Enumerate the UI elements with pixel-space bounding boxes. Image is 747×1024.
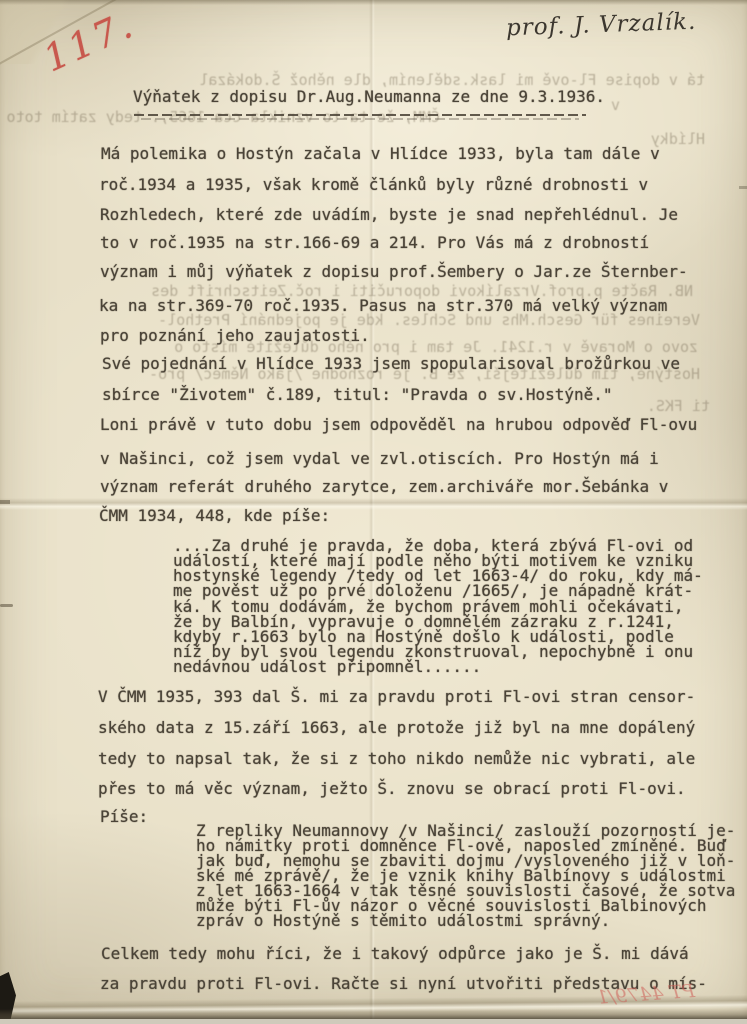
typed-line: nedávnou událost připomněl...... bbox=[173, 658, 481, 675]
title-underline bbox=[134, 114, 586, 116]
document-page: tá v dopise Fl-ově mi lask.sdělením, dle… bbox=[0, 0, 747, 1024]
typed-line: Své pojednání v Hlídce 1933 jsem spopula… bbox=[102, 355, 680, 372]
page-bottom-edge-shadow bbox=[0, 1009, 747, 1019]
typed-line: Má polemika o Hostýn začala v Hlídce 193… bbox=[101, 145, 660, 162]
right-edge-mark bbox=[739, 186, 747, 189]
typed-line: ČMM 1934, 448, kde píše: bbox=[99, 507, 330, 524]
typed-line: Rozhledech, které zde uvádím, byste je s… bbox=[100, 206, 678, 223]
typed-line: v Našinci, což jsem vydal ve zvl.otiscíc… bbox=[100, 450, 659, 467]
typed-line: Píše: bbox=[100, 808, 148, 825]
left-edge-fold-mark bbox=[0, 500, 10, 504]
typed-line: přes to má věc význam, ježto Š. znovu se… bbox=[98, 780, 686, 797]
typed-line: zpráv o Hostýně s těmito událostmi správ… bbox=[196, 912, 610, 929]
typed-line: tedy to napsal tak, že si z toho nikdo n… bbox=[98, 750, 695, 767]
typed-line: pro poznání jeho zaujatosti. bbox=[100, 327, 370, 344]
scanner-background-strip bbox=[0, 1019, 747, 1024]
typed-line: význam i můj výňatek z dopisu prof.Šembe… bbox=[100, 263, 688, 280]
typed-line: sbírce "Životem" č.189, titul: "Pravda o… bbox=[102, 386, 613, 403]
title-underline-echo bbox=[141, 118, 579, 120]
typed-line: V ČMM 1935, 393 dal Š. mi za pravdu prot… bbox=[98, 688, 695, 705]
bleedthrough-line: tá v dopise Fl-ově mi lask.sdělením, dle… bbox=[55, 72, 705, 88]
left-edge-mark bbox=[0, 604, 13, 607]
typed-line: roč.1934 a 1935, však kromě článků byly … bbox=[99, 176, 648, 193]
page-top-edge-shadow bbox=[0, 0, 747, 5]
typed-line: to v roč.1935 na str.166-69 a 214. Pro V… bbox=[100, 234, 649, 251]
typed-line: Loni právě v tuto dobu jsem odpověděl na… bbox=[100, 416, 697, 433]
typed-line: ského data z 15.září 1663, ale protože j… bbox=[98, 719, 695, 736]
typed-line: Celkem tedy mohu říci, že i takový odpůr… bbox=[101, 945, 689, 962]
letter-title: Výňatek z dopisu Dr.Aug.Neumanna ze dne … bbox=[133, 88, 605, 105]
typed-line: význam referát druhého zarytce, zem.arch… bbox=[100, 478, 668, 495]
typed-line: ka na str.369-70 roč.1935. Pasus na str.… bbox=[99, 297, 667, 314]
recipient-annotation: prof. J. Vrzalík. bbox=[506, 9, 697, 42]
bleedthrough-line: ČMM, že ta-to vznikla cca 1665,. tedy za… bbox=[0, 109, 440, 125]
